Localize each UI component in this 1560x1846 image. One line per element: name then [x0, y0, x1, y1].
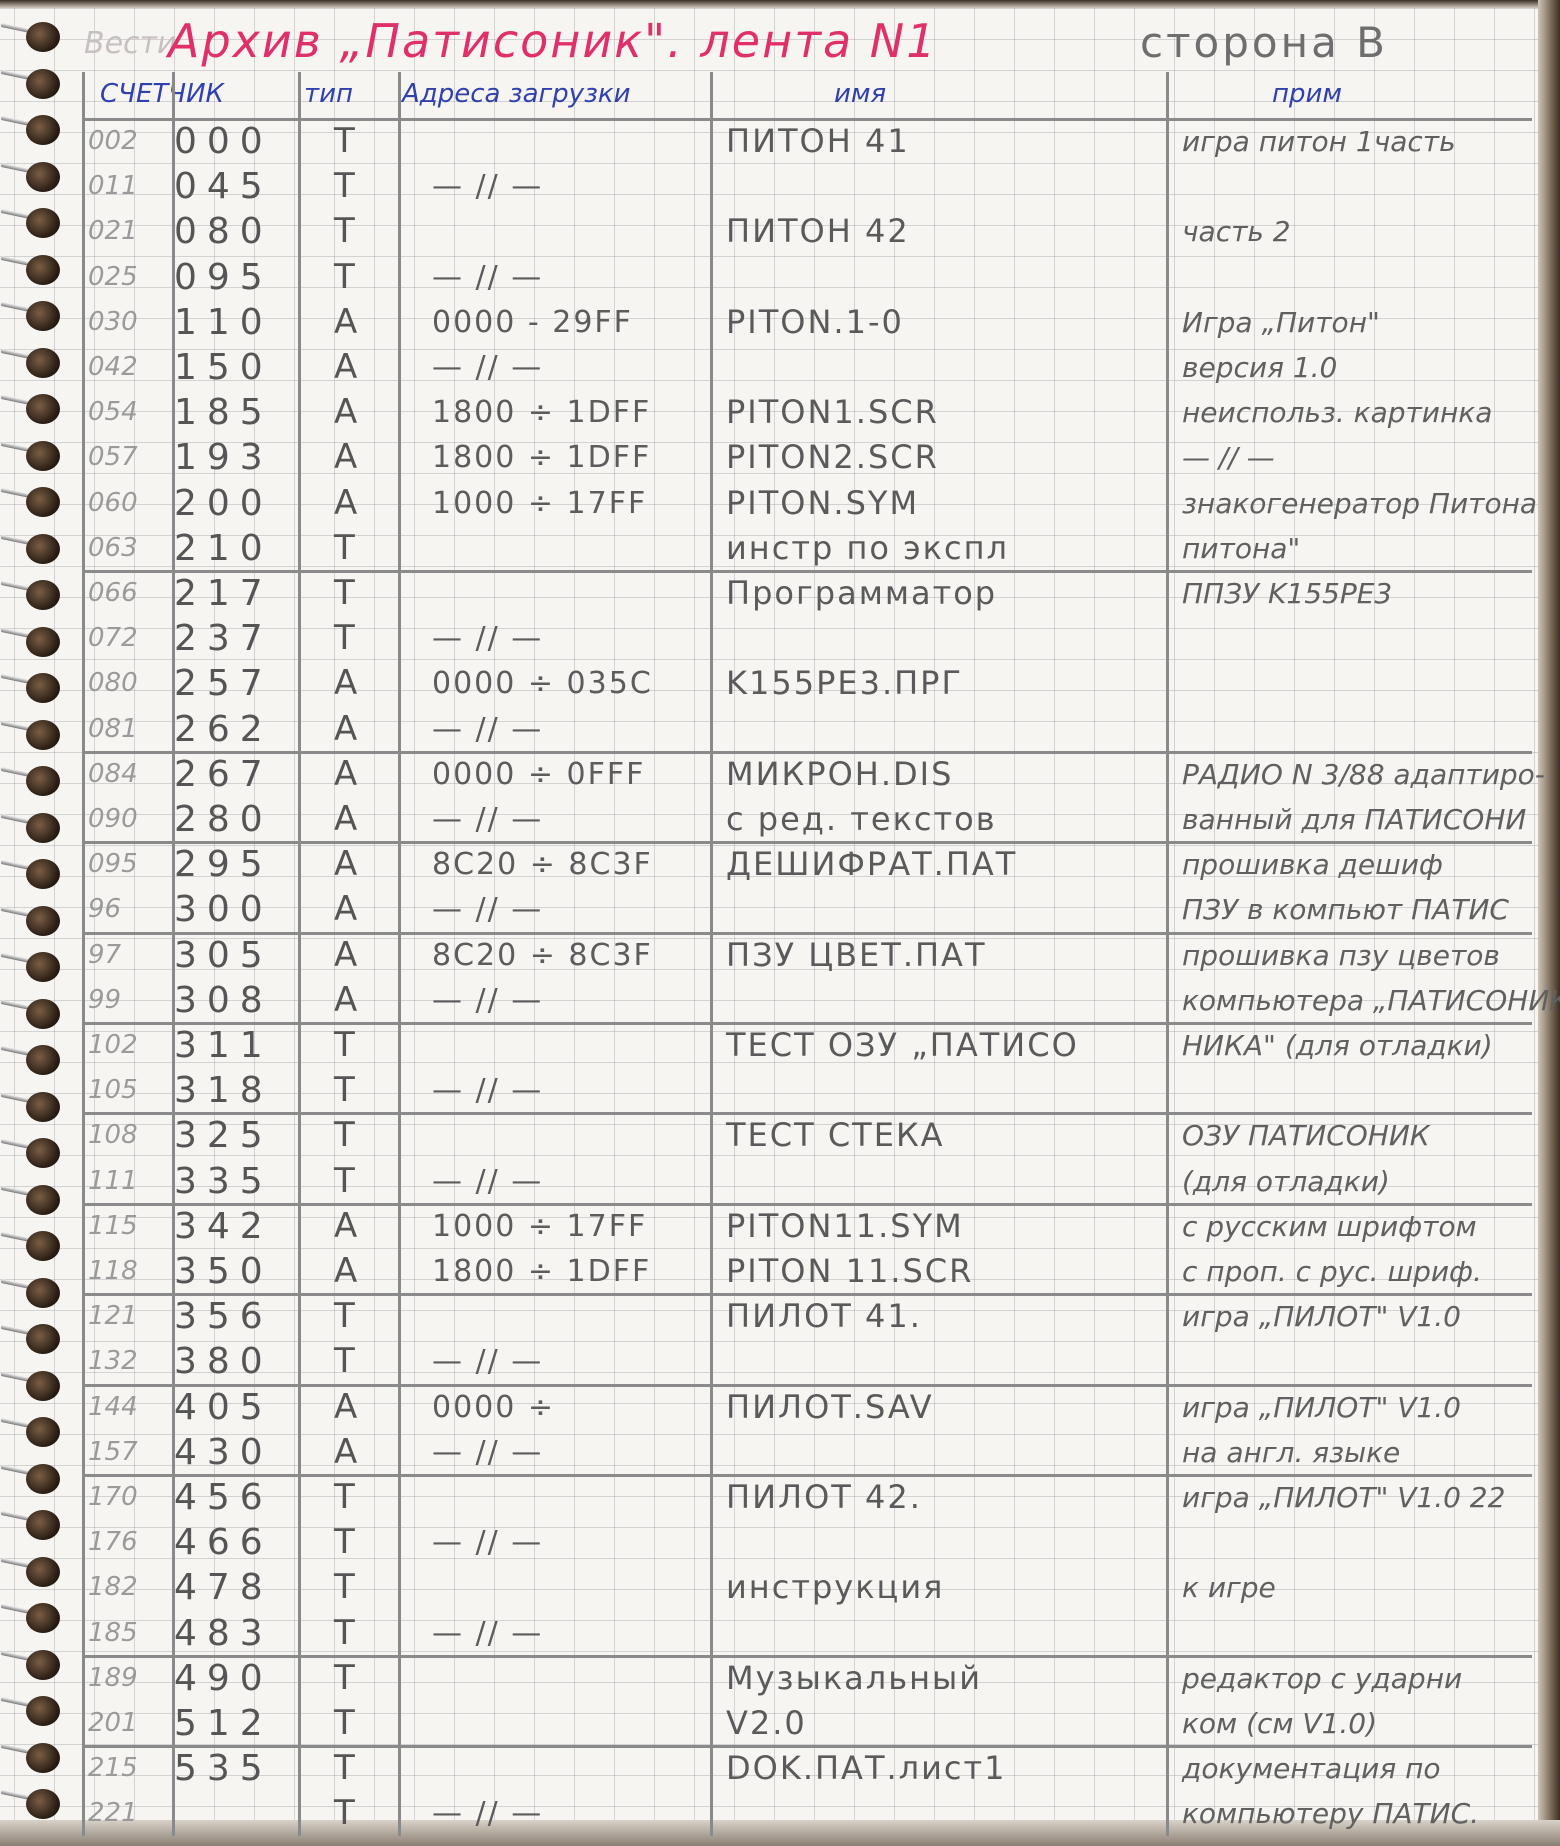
load-address: 0000 ÷ 0FFF [432, 755, 645, 794]
spiral-ring [26, 859, 60, 889]
spiral-ring [26, 22, 60, 52]
file-name: V2.0 [726, 1704, 807, 1743]
file-name: Программатор [726, 574, 997, 613]
file-name: PITON1.SCR [726, 393, 939, 432]
counter-value: 237 [174, 619, 273, 658]
file-name: ПИТОН 42 [726, 212, 910, 251]
original-counter: 170 [88, 1478, 138, 1517]
file-type: A [334, 303, 357, 342]
counter-value: 308 [174, 981, 273, 1020]
file-type: T [334, 1478, 355, 1517]
spiral-ring [26, 208, 60, 238]
table-row: 157430A— // —на англ. языке [82, 1429, 1532, 1474]
file-note: НИКА" (для отладки) [1182, 1026, 1493, 1065]
original-counter: 054 [88, 393, 138, 432]
counter-value: 535 [174, 1749, 273, 1788]
original-counter: 072 [88, 619, 138, 658]
table-row: 080257A0000 ÷ 035CK155PE3.ПРГ [82, 660, 1532, 705]
file-type: T [334, 574, 355, 613]
file-type: T [334, 1071, 355, 1110]
load-address: 0000 ÷ 035C [432, 664, 653, 703]
file-note: — // — [1182, 438, 1275, 477]
original-counter: 011 [88, 167, 138, 206]
counter-value: 095 [174, 258, 273, 297]
table-row: 170456TПИЛОТ 42.игра „ПИЛОТ" V1.0 22 [82, 1474, 1532, 1519]
counter-value: 356 [174, 1297, 273, 1336]
file-type: A [334, 845, 357, 884]
table-row: 054185A1800 ÷ 1DFFPITON1.SCRнеиспольз. к… [82, 389, 1532, 434]
load-address: — // — [432, 1794, 543, 1833]
table-row: 121356TПИЛОТ 41.игра „ПИЛОТ" V1.0 [82, 1293, 1532, 1338]
file-type: A [334, 890, 357, 929]
file-type: T [334, 1026, 355, 1065]
file-note: РАДИО N 3/88 адаптиро- [1182, 755, 1545, 794]
file-type: A [334, 484, 357, 523]
spiral-ring [26, 255, 60, 285]
file-note: с проп. с рус. шриф. [1182, 1252, 1482, 1291]
original-counter: 002 [88, 122, 138, 161]
table-row: 111335T— // —(для отладки) [82, 1158, 1532, 1203]
file-type: A [334, 348, 357, 387]
counter-value: 267 [174, 755, 273, 794]
file-type: T [334, 529, 355, 568]
file-type: A [334, 438, 357, 477]
load-address: — // — [432, 890, 543, 929]
table-row: 066217TПрограмматорППЗУ K155PE3 [82, 570, 1532, 615]
table-row: 97305A8C20 ÷ 8C3FПЗУ ЦВЕТ.ПАТпрошивка пз… [82, 932, 1532, 977]
original-counter: 060 [88, 484, 138, 523]
original-counter: 111 [88, 1162, 138, 1201]
file-type: T [334, 212, 355, 251]
file-name: PITON.SYM [726, 484, 919, 523]
spiral-ring [26, 348, 60, 378]
spiral-ring [26, 580, 60, 610]
spiral-ring [26, 1789, 60, 1819]
original-counter: 081 [88, 710, 138, 749]
original-counter: 132 [88, 1342, 138, 1381]
spiral-ring [26, 673, 60, 703]
original-counter: 189 [88, 1659, 138, 1698]
counter-value: 185 [174, 393, 273, 432]
original-counter: 176 [88, 1523, 138, 1562]
counter-value: 325 [174, 1116, 273, 1155]
file-name: ПИЛОТ 42. [726, 1478, 922, 1517]
file-note: редактор с ударни [1182, 1659, 1462, 1698]
original-counter: 221 [88, 1794, 138, 1833]
counter-value: 300 [174, 890, 273, 929]
file-type: T [334, 1297, 355, 1336]
spiral-ring [26, 1743, 60, 1773]
file-note: Игра „Питон" [1182, 303, 1380, 342]
table-row: 025095T— // — [82, 254, 1532, 299]
counter-value: 350 [174, 1252, 273, 1291]
original-counter: 021 [88, 212, 138, 251]
header-type: тип [304, 72, 353, 116]
table-row: 042150A— // —версия 1.0 [82, 344, 1532, 389]
original-counter: 215 [88, 1749, 138, 1788]
file-type: T [334, 1659, 355, 1698]
original-counter: 057 [88, 438, 138, 477]
original-counter: 144 [88, 1388, 138, 1427]
counter-value: 262 [174, 710, 273, 749]
counter-value: 295 [174, 845, 273, 884]
counter-value: 405 [174, 1388, 273, 1427]
file-note: знакогенератор Питона [1182, 484, 1537, 523]
load-address: — // — [432, 1523, 543, 1562]
counter-value: 217 [174, 574, 273, 613]
original-counter: 102 [88, 1026, 138, 1065]
file-name: ПИЛОТ.SAV [726, 1388, 934, 1427]
load-address: — // — [432, 1342, 543, 1381]
original-counter: 115 [88, 1207, 138, 1246]
spiral-ring [26, 162, 60, 192]
original-counter: 066 [88, 574, 138, 613]
table-row: 215535TDOK.ПАТ.лист1документация по [82, 1745, 1532, 1790]
table-row: 118350A1800 ÷ 1DFFPITON 11.SCRс проп. с … [82, 1248, 1532, 1293]
spiral-ring [26, 1231, 60, 1261]
file-name: K155PE3.ПРГ [726, 664, 963, 703]
file-note: прошивка дешиф [1182, 845, 1443, 884]
original-counter: 185 [88, 1614, 138, 1653]
header-counter: СЧЕТЧИК [100, 72, 224, 116]
spiral-ring [26, 813, 60, 843]
counter-value: 380 [174, 1342, 273, 1381]
spiral-ring [26, 627, 60, 657]
file-name: инстр по экспл [726, 529, 1009, 568]
spiral-ring [26, 1324, 60, 1354]
file-type: T [334, 1116, 355, 1155]
counter-value: 110 [174, 303, 273, 342]
load-address: — // — [432, 619, 543, 658]
original-counter: 182 [88, 1568, 138, 1607]
original-counter: 99 [88, 981, 121, 1020]
original-counter: 042 [88, 348, 138, 387]
file-note: (для отладки) [1182, 1162, 1390, 1201]
file-note: ППЗУ K155PE3 [1182, 574, 1392, 613]
spiral-ring [26, 1510, 60, 1540]
file-type: A [334, 981, 357, 1020]
header-address: Адреса загрузки [402, 72, 631, 116]
load-address: — // — [432, 167, 543, 206]
load-address: — // — [432, 348, 543, 387]
original-counter: 121 [88, 1297, 138, 1336]
counter-value: 210 [174, 529, 273, 568]
file-note: к игре [1182, 1568, 1276, 1607]
file-name: PITON2.SCR [726, 438, 939, 477]
file-name: ПИТОН 41 [726, 122, 910, 161]
spiral-ring [26, 1045, 60, 1075]
counter-value: 456 [174, 1478, 273, 1517]
spiral-ring [26, 1696, 60, 1726]
original-counter: 095 [88, 845, 138, 884]
table-row: 090280A— // —с ред. текстовванный для ПА… [82, 796, 1532, 841]
spiral-ring [26, 1092, 60, 1122]
counter-value: 280 [174, 800, 273, 839]
load-address: — // — [432, 1614, 543, 1653]
file-name: ПИЛОТ 41. [726, 1297, 922, 1336]
load-address: 1800 ÷ 1DFF [432, 1252, 651, 1291]
load-address: 1000 ÷ 17FF [432, 484, 647, 523]
table-row: 063210Tинстр по эксплпитона" [82, 525, 1532, 570]
load-address: — // — [432, 1071, 543, 1110]
counter-value: 483 [174, 1614, 273, 1653]
original-counter: 080 [88, 664, 138, 703]
table-row: 057193A1800 ÷ 1DFFPITON2.SCR— // — [82, 434, 1532, 479]
file-type: A [334, 710, 357, 749]
file-note: прошивка пзу цветов [1182, 936, 1500, 975]
file-type: A [334, 800, 357, 839]
tape-archive-table: СЧЕТЧИК тип Адреса загрузки имя прим 002… [82, 72, 1532, 1812]
file-type: T [334, 1342, 355, 1381]
file-note: часть 2 [1182, 212, 1291, 251]
spiral-ring [26, 999, 60, 1029]
counter-value: 478 [174, 1568, 273, 1607]
file-type: T [334, 1794, 355, 1833]
load-address: 8C20 ÷ 8C3F [432, 845, 653, 884]
table-row: 095295A8C20 ÷ 8C3FДЕШИФРАТ.ПАТпрошивка д… [82, 841, 1532, 886]
page-right-edge [1538, 0, 1560, 1846]
load-address: 1800 ÷ 1DFF [432, 393, 651, 432]
table-row: 072237T— // — [82, 615, 1532, 660]
original-counter: 105 [88, 1071, 138, 1110]
spiral-ring [26, 69, 60, 99]
file-type: A [334, 1207, 357, 1246]
original-counter: 030 [88, 303, 138, 342]
file-name: PITON.1-0 [726, 303, 904, 342]
table-row: 002000TПИТОН 41игра питон 1часть [82, 118, 1532, 163]
counter-value: 200 [174, 484, 273, 523]
file-type: T [334, 619, 355, 658]
file-note: игра „ПИЛОТ" V1.0 [1182, 1388, 1461, 1427]
counter-value: 257 [174, 664, 273, 703]
file-note: неиспольз. картинка [1182, 393, 1492, 432]
table-row: 189490TМузыкальныйредактор с ударни [82, 1655, 1532, 1700]
spiral-ring [26, 1464, 60, 1494]
load-address: — // — [432, 258, 543, 297]
file-type: T [334, 1568, 355, 1607]
file-type: T [334, 1162, 355, 1201]
counter-value: 000 [174, 122, 273, 161]
file-note: игра „ПИЛОТ" V1.0 [1182, 1297, 1461, 1336]
load-address: — // — [432, 1433, 543, 1472]
original-counter: 97 [88, 936, 121, 975]
file-name: Музыкальный [726, 1659, 982, 1698]
header-name: имя [834, 72, 886, 116]
load-address: 0000 ÷ [432, 1388, 555, 1427]
counter-value: 080 [174, 212, 273, 251]
original-counter: 084 [88, 755, 138, 794]
load-address: 0000 - 29FF [432, 303, 633, 342]
file-type: T [334, 258, 355, 297]
file-name: ДЕШИФРАТ.ПАТ [726, 845, 1017, 884]
counter-value: 150 [174, 348, 273, 387]
table-row: 96300A— // —ПЗУ в компьют ПАТИС [82, 886, 1532, 931]
file-type: T [334, 167, 355, 206]
load-address: — // — [432, 710, 543, 749]
file-name: с ред. текстов [726, 800, 997, 839]
file-note: игра „ПИЛОТ" V1.0 22 [1182, 1478, 1505, 1517]
counter-value: 318 [174, 1071, 273, 1110]
original-counter: 96 [88, 890, 121, 929]
spiral-ring [26, 534, 60, 564]
original-counter: 108 [88, 1116, 138, 1155]
spiral-ring [26, 115, 60, 145]
file-type: A [334, 755, 357, 794]
file-note: питона" [1182, 529, 1300, 568]
file-type: T [334, 1749, 355, 1788]
file-name: ТЕСТ СТЕКА [726, 1116, 945, 1155]
table-row: 185483T— // — [82, 1610, 1532, 1655]
table-row: 182478Tинструкцияк игре [82, 1564, 1532, 1609]
spiral-ring [26, 720, 60, 750]
file-note: ОЗУ ПАТИСОНИК [1182, 1116, 1430, 1155]
table-row: 011045T— // — [82, 163, 1532, 208]
spiral-ring [26, 1417, 60, 1447]
load-address: — // — [432, 981, 543, 1020]
table-row: 176466T— // — [82, 1519, 1532, 1564]
header-note: прим [1272, 72, 1342, 116]
counter-value: 466 [174, 1523, 273, 1562]
counter-value: 490 [174, 1659, 273, 1698]
file-name: ТЕСТ ОЗУ „ПАТИСО [726, 1026, 1079, 1065]
counter-value: 045 [174, 167, 273, 206]
counter-value: 342 [174, 1207, 273, 1246]
original-counter: 025 [88, 258, 138, 297]
table-row: 030110A0000 - 29FFPITON.1-0Игра „Питон" [82, 299, 1532, 344]
file-type: A [334, 664, 357, 703]
faded-note: Вести [84, 26, 177, 61]
file-note: компьютера „ПАТИСОНИК [1182, 981, 1560, 1020]
file-note: ПЗУ в компьют ПАТИС [1182, 890, 1509, 929]
counter-value: 305 [174, 936, 273, 975]
file-note: ком (см V1.0) [1182, 1704, 1377, 1743]
spiral-ring [26, 301, 60, 331]
table-row: 115342A1000 ÷ 17FFPITON11.SYMс русским ш… [82, 1203, 1532, 1248]
file-name: PITON 11.SCR [726, 1252, 973, 1291]
load-address: 8C20 ÷ 8C3F [432, 936, 653, 975]
original-counter: 063 [88, 529, 138, 568]
spiral-ring [26, 441, 60, 471]
counter-value: 311 [174, 1026, 273, 1065]
spiral-ring [26, 394, 60, 424]
original-counter: 118 [88, 1252, 138, 1291]
table-row: 084267A0000 ÷ 0FFFМИКРОН.DISРАДИО N 3/88… [82, 751, 1532, 796]
file-type: A [334, 393, 357, 432]
load-address: — // — [432, 800, 543, 839]
counter-value: 193 [174, 438, 273, 477]
file-note: документация по [1182, 1749, 1441, 1788]
table-row: 060200A1000 ÷ 17FFPITON.SYMзнакогенерато… [82, 480, 1532, 525]
file-type: T [334, 1704, 355, 1743]
file-note: компьютеру ПАТИС. [1182, 1794, 1479, 1833]
original-counter: 201 [88, 1704, 138, 1743]
spiral-ring [26, 906, 60, 936]
file-note: ванный для ПАТИСОНИ [1182, 800, 1526, 839]
file-type: T [334, 122, 355, 161]
spiral-ring [26, 1278, 60, 1308]
file-note: игра питон 1часть [1182, 122, 1456, 161]
load-address: 1000 ÷ 17FF [432, 1207, 647, 1246]
file-name: ПЗУ ЦВЕТ.ПАТ [726, 936, 986, 975]
spiral-ring [26, 487, 60, 517]
table-row: 081262A— // — [82, 706, 1532, 751]
spiral-ring [26, 1603, 60, 1633]
table-row: 99308A— // —компьютера „ПАТИСОНИК [82, 977, 1532, 1022]
file-note: версия 1.0 [1182, 348, 1337, 387]
page-title: Архив „Патисоник". лента N1 [168, 14, 937, 68]
file-type: A [334, 1388, 357, 1427]
original-counter: 157 [88, 1433, 138, 1472]
table-row: 221T— // —компьютеру ПАТИС. [82, 1790, 1532, 1835]
file-type: T [334, 1614, 355, 1653]
spiral-ring [26, 1371, 60, 1401]
table-row: 108325TТЕСТ СТЕКАОЗУ ПАТИСОНИК [82, 1112, 1532, 1157]
file-type: A [334, 936, 357, 975]
file-note: на англ. языке [1182, 1433, 1400, 1472]
spiral-ring [26, 1557, 60, 1587]
file-name: DOK.ПАТ.лист1 [726, 1749, 1007, 1788]
table-row: 102311TТЕСТ ОЗУ „ПАТИСОНИКА" (для отладк… [82, 1022, 1532, 1067]
spiral-ring [26, 1650, 60, 1680]
file-type: A [334, 1252, 357, 1291]
file-name: МИКРОН.DIS [726, 755, 953, 794]
table-row: 105318T— // — [82, 1067, 1532, 1112]
table-row: 201512TV2.0ком (см V1.0) [82, 1700, 1532, 1745]
table-row: 021080TПИТОН 42часть 2 [82, 208, 1532, 253]
load-address: — // — [432, 1162, 543, 1201]
load-address: 1800 ÷ 1DFF [432, 438, 651, 477]
spiral-binding [0, 0, 90, 1846]
spiral-ring [26, 766, 60, 796]
file-type: T [334, 1523, 355, 1562]
tape-side-label: сторона B [1140, 18, 1388, 67]
table-row: 144405A0000 ÷ПИЛОТ.SAVигра „ПИЛОТ" V1.0 [82, 1384, 1532, 1429]
page-top-edge [0, 0, 1560, 8]
original-counter: 090 [88, 800, 138, 839]
file-type: A [334, 1433, 357, 1472]
table-row: 132380T— // — [82, 1338, 1532, 1383]
spiral-ring [26, 1138, 60, 1168]
spiral-ring [26, 952, 60, 982]
file-note: с русским шрифтом [1182, 1207, 1477, 1246]
file-name: инструкция [726, 1568, 944, 1607]
counter-value: 430 [174, 1433, 273, 1472]
spiral-ring [26, 1185, 60, 1215]
counter-value: 335 [174, 1162, 273, 1201]
file-name: PITON11.SYM [726, 1207, 964, 1246]
counter-value: 512 [174, 1704, 273, 1743]
